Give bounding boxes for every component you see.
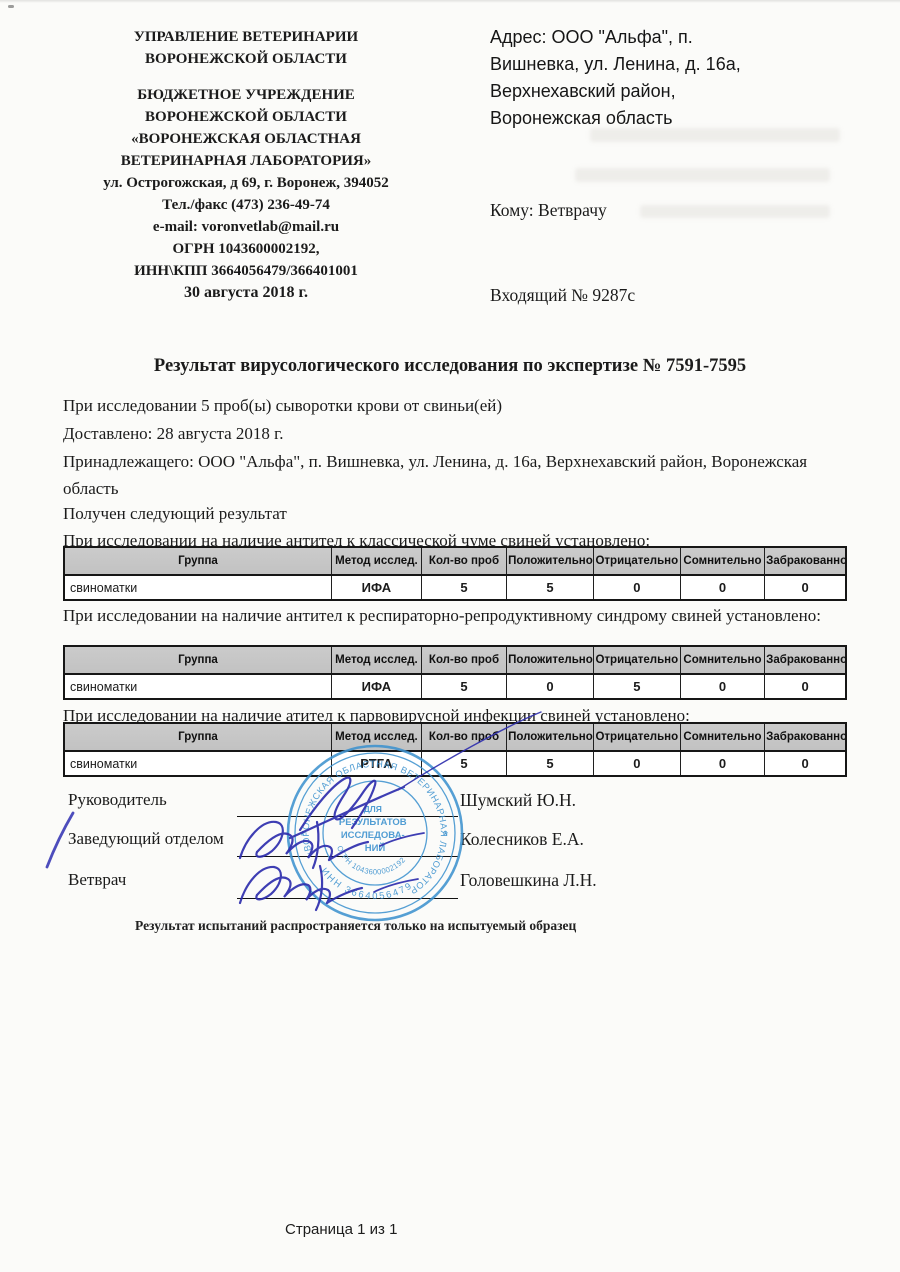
- cell-negative: 0: [593, 575, 680, 600]
- org-inn-line: ИНН\КПП 3664056479/366401001: [60, 260, 432, 282]
- cell-count: 5: [421, 575, 506, 600]
- col-header: Сомнительно: [680, 547, 764, 575]
- signature-line: [237, 898, 458, 899]
- col-header: Кол-во проб: [421, 646, 506, 674]
- cell-positive: 0: [507, 674, 594, 699]
- signature-line: [237, 856, 458, 857]
- org-ogrn-line: ОГРН 1043600002192,: [60, 238, 432, 260]
- results-table-parvo: Группа Метод исслед. Кол-во проб Положит…: [63, 722, 847, 777]
- cell-method: ИФА: [331, 674, 421, 699]
- org-line: БЮДЖЕТНОЕ УЧРЕЖДЕНИЕ: [60, 84, 432, 106]
- cell-method: РТГА: [331, 751, 421, 776]
- org-email-line: e-mail: voronvetlab@mail.ru: [60, 216, 432, 238]
- signature-line: [237, 816, 458, 817]
- body-line-delivered: Доставлено: 28 августа 2018 г.: [63, 420, 860, 447]
- cell-group: свиноматки: [64, 751, 331, 776]
- cell-positive: 5: [507, 751, 594, 776]
- col-header: Положительно: [507, 723, 594, 751]
- cell-group: свиноматки: [64, 674, 331, 699]
- col-header: Забракованно: [765, 547, 846, 575]
- col-header: Сомнительно: [680, 646, 764, 674]
- stamp-ogrn-text: ОГРН 1043600002192: [335, 844, 407, 876]
- stamp-star-left: *: [300, 828, 305, 843]
- table-row: свиноматки ИФА 5 0 5 0 0: [64, 674, 846, 699]
- col-header: Забракованно: [765, 646, 846, 674]
- col-header: Метод исслед.: [331, 547, 421, 575]
- page-title: Результат вирусологического исследования…: [0, 356, 900, 377]
- incoming-number: Входящий № 9287с: [490, 285, 635, 306]
- col-header: Положительно: [507, 646, 594, 674]
- cell-rejected: 0: [765, 575, 846, 600]
- col-header: Метод исслед.: [331, 646, 421, 674]
- section-intro: При исследовании на наличие антител к ре…: [63, 602, 860, 629]
- results-table-csf: Группа Метод исслед. Кол-во проб Положит…: [63, 546, 847, 601]
- org-phone-line: Тел./факс (473) 236-49-74: [60, 194, 432, 216]
- signature-name: Колесников Е.А.: [460, 829, 584, 850]
- cell-negative: 0: [593, 751, 680, 776]
- scan-artifact: [640, 205, 830, 218]
- org-line: ВЕТЕРИНАРНАЯ ЛАБОРАТОРИЯ»: [60, 150, 432, 172]
- cell-doubtful: 0: [680, 674, 764, 699]
- disclaimer-note: Результат испытаний распространяется тол…: [135, 918, 576, 934]
- org-line: «ВОРОНЕЖСКАЯ ОБЛАСТНАЯ: [60, 128, 432, 150]
- signature-name: Шумский Ю.Н.: [460, 790, 576, 811]
- col-header: Группа: [64, 723, 331, 751]
- recipient-to: Кому: Ветврачу: [490, 200, 607, 221]
- col-header: Положительно: [507, 547, 594, 575]
- body-line-samples: При исследовании 5 проб(ы) сыворотки кро…: [63, 392, 860, 419]
- stamp-inn-text: ИНН 3664056479: [318, 866, 415, 902]
- cell-count: 5: [421, 674, 506, 699]
- results-table-prrs: Группа Метод исслед. Кол-во проб Положит…: [63, 645, 847, 700]
- col-header: Метод исслед.: [331, 723, 421, 751]
- cell-method: ИФА: [331, 575, 421, 600]
- col-header: Группа: [64, 646, 331, 674]
- cell-count: 5: [421, 751, 506, 776]
- col-header: Отрицательно: [593, 646, 680, 674]
- body-line-result: Получен следующий результат: [63, 500, 860, 527]
- recipient-address: Адрес: ООО "Альфа", п. Вишневка, ул. Лен…: [490, 24, 780, 132]
- col-header: Отрицательно: [593, 723, 680, 751]
- body-line-owner: Принадлежащего: ООО "Альфа", п. Вишневка…: [63, 448, 860, 502]
- recipient-address-line: Верхнехавский район,: [490, 78, 780, 105]
- cell-group: свиноматки: [64, 575, 331, 600]
- document-date: 30 августа 2018 г.: [60, 284, 432, 302]
- cell-rejected: 0: [765, 751, 846, 776]
- org-address-line: ул. Острогожская, д 69, г. Воронеж, 3940…: [60, 172, 432, 194]
- cell-negative: 5: [593, 674, 680, 699]
- org-line: УПРАВЛЕНИЕ ВЕТЕРИНАРИИ: [60, 26, 432, 48]
- col-header: Кол-во проб: [421, 723, 506, 751]
- stamp-center-text: ДЛЯ РЕЗУЛЬТАТОВ ИССЛЕДОВА- НИЙ: [339, 799, 411, 854]
- signature-name: Головешкина Л.Н.: [460, 870, 597, 891]
- table-row: свиноматки ИФА 5 5 0 0 0: [64, 575, 846, 600]
- scan-speck: [8, 5, 14, 8]
- cell-doubtful: 0: [680, 575, 764, 600]
- org-letterhead: УПРАВЛЕНИЕ ВЕТЕРИНАРИИ ВОРОНЕЖСКОЙ ОБЛАС…: [60, 26, 432, 282]
- col-header: Отрицательно: [593, 547, 680, 575]
- signature-role: Ветврач: [68, 870, 126, 890]
- cell-positive: 5: [507, 575, 594, 600]
- scan-edge-shadow: [0, 0, 900, 3]
- scan-artifact: [575, 168, 830, 182]
- recipient-address-line: Воронежская область: [490, 105, 780, 132]
- col-header: Группа: [64, 547, 331, 575]
- signature-role: Заведующий отделом: [68, 829, 224, 849]
- cell-rejected: 0: [765, 674, 846, 699]
- recipient-address-line: Вишневка, ул. Ленина, д. 16а,: [490, 51, 780, 78]
- org-line: ВОРОНЕЖСКОЙ ОБЛАСТИ: [60, 48, 432, 70]
- page-number: Страница 1 из 1: [285, 1221, 397, 1238]
- col-header: Сомнительно: [680, 723, 764, 751]
- col-header: Кол-во проб: [421, 547, 506, 575]
- org-line: ВОРОНЕЖСКОЙ ОБЛАСТИ: [60, 106, 432, 128]
- table-row: свиноматки РТГА 5 5 0 0 0: [64, 751, 846, 776]
- signature-role: Руководитель: [68, 790, 167, 810]
- stamp-star-right: *: [443, 828, 448, 843]
- col-header: Забракованно: [765, 723, 846, 751]
- recipient-address-line: Адрес: ООО "Альфа", п.: [490, 24, 780, 51]
- cell-doubtful: 0: [680, 751, 764, 776]
